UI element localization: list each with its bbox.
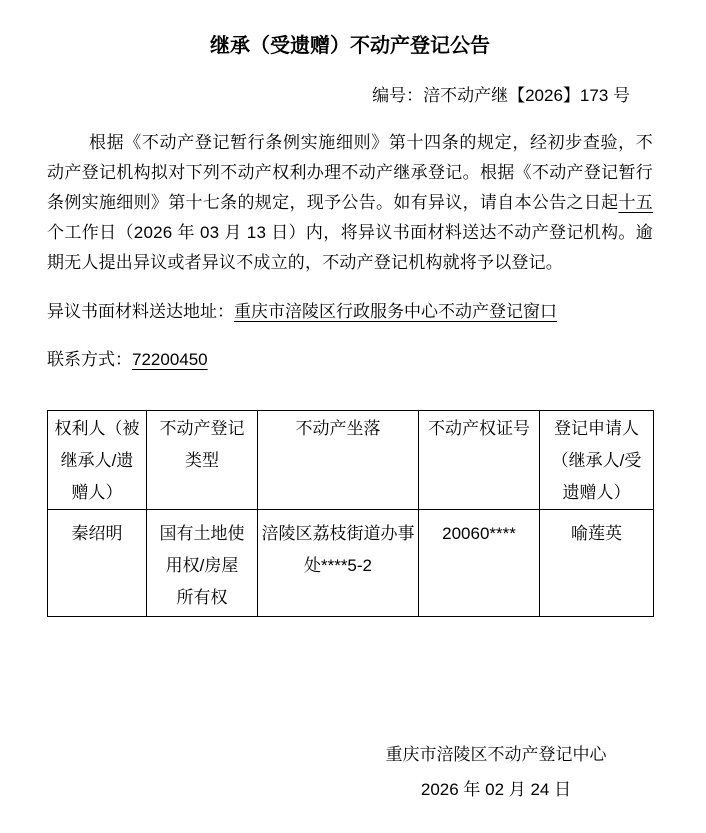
signature-issuer: 重庆市涪陵区不动产登记中心 xyxy=(346,745,646,765)
notice-paragraph-deadline: 十五 xyxy=(618,193,653,212)
objection-address-value: 重庆市涪陵区行政服务中心不动产登记窗口 xyxy=(234,302,557,321)
doc-number-label: 编号： xyxy=(372,86,423,105)
contact-line: 联系方式：72200450 xyxy=(47,348,653,372)
table-header-applicant: 登记申请人 （继承人/受 遗赠人） xyxy=(540,411,654,510)
notice-paragraph: 根据《不动产登记暂行条例实施细则》第十四条的规定，经初步查验，不动产登记机构拟对… xyxy=(47,128,653,278)
notice-paragraph-after: 个工作日（2026 年 03 月 13 日）内，将异议书面材料送达不动产登记机构… xyxy=(47,223,653,272)
table-header-property-location: 不动产坐落 xyxy=(258,411,419,510)
cell-property-location: 涪陵区荔枝街道办事 处****5-2 xyxy=(258,510,419,617)
signature-date: 2026 年 02 月 24 日 xyxy=(346,780,646,800)
contact-label: 联系方式： xyxy=(47,350,132,369)
table-header-rights-holder: 权利人（被 继承人/遗 赠人） xyxy=(48,411,147,510)
table-header-certificate-number: 不动产权证号 xyxy=(419,411,540,510)
registration-table: 权利人（被 继承人/遗 赠人） 不动产登记 类型 不动产坐落 不动产权证号 登记… xyxy=(47,410,654,617)
objection-address-label: 异议书面材料送达地址： xyxy=(47,302,234,321)
cell-rights-holder: 秦绍明 xyxy=(48,510,147,617)
table-header-row: 权利人（被 继承人/遗 赠人） 不动产登记 类型 不动产坐落 不动产权证号 登记… xyxy=(48,411,654,510)
doc-number-value: 涪不动产继【2026】173 号 xyxy=(423,86,630,105)
cell-certificate-number: 20060**** xyxy=(419,510,540,617)
signature-block: 重庆市涪陵区不动产登记中心 2026 年 02 月 24 日 xyxy=(346,745,646,800)
objection-address-line: 异议书面材料送达地址：重庆市涪陵区行政服务中心不动产登记窗口 xyxy=(47,300,653,324)
cell-applicant: 喻莲英 xyxy=(540,510,654,617)
table-row: 秦绍明 国有土地使 用权/房屋 所有权 涪陵区荔枝街道办事 处****5-2 2… xyxy=(48,510,654,617)
contact-value: 72200450 xyxy=(132,350,208,369)
page-title: 继承（受遗赠）不动产登记公告 xyxy=(47,33,653,59)
notice-paragraph-before: 根据《不动产登记暂行条例实施细则》第十四条的规定，经初步查验，不动产登记机构拟对… xyxy=(47,133,653,212)
cell-registration-type: 国有土地使 用权/房屋 所有权 xyxy=(147,510,258,617)
table-header-registration-type: 不动产登记 类型 xyxy=(147,411,258,510)
document-page: 继承（受遗赠）不动产登记公告 编号：涪不动产继【2026】173 号 根据《不动… xyxy=(47,0,653,800)
doc-number-line: 编号：涪不动产继【2026】173 号 xyxy=(47,86,653,106)
